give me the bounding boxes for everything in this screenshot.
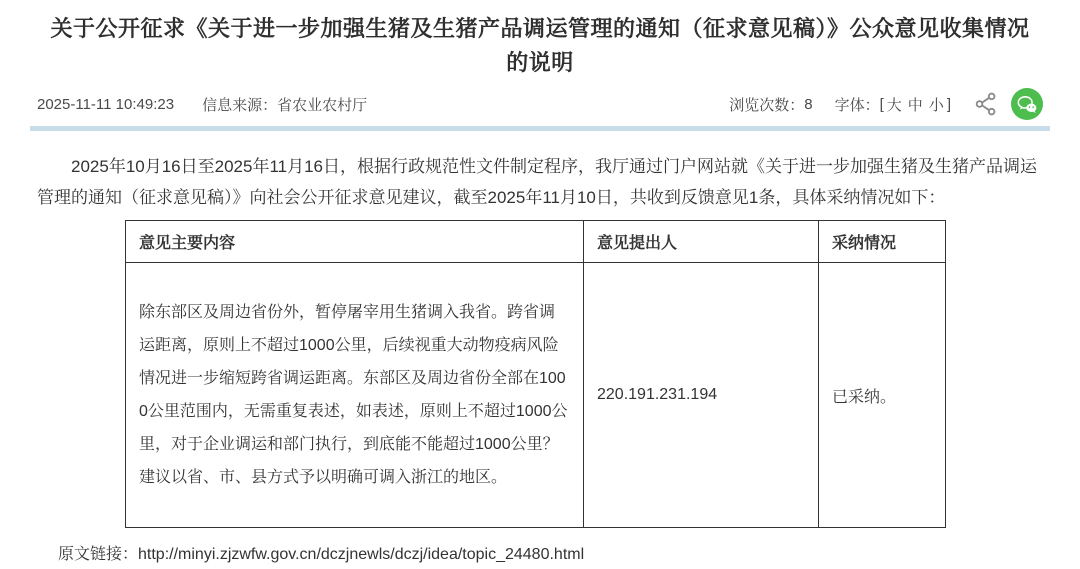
- font-size-large-button[interactable]: 大: [887, 94, 902, 115]
- bracket-close: ]: [947, 96, 951, 113]
- column-header-adoption: 采纳情况: [819, 221, 946, 263]
- action-icons: [973, 88, 1043, 120]
- source-link-url[interactable]: http://minyi.zjzwfw.gov.cn/dczjnewls/dcz…: [138, 546, 584, 563]
- font-size-small-button[interactable]: 小: [929, 94, 944, 115]
- share-icon[interactable]: [973, 91, 999, 117]
- table-row: 除东部区及周边省份外，暂停屠宰用生猪调入我省。跨省调运距离，原则上不超过1000…: [126, 263, 946, 528]
- meta-right: 浏览次数： 8 字体： [ 大 中 小 ]: [729, 88, 1043, 120]
- submitter-cell: 220.191.231.194: [584, 263, 819, 528]
- feedback-table: 意见主要内容 意见提出人 采纳情况 除东部区及周边省份外，暂停屠宰用生猪调入我省…: [125, 220, 946, 528]
- view-count-value: 8: [804, 96, 812, 113]
- info-source: 信息来源：省农业农村厅: [202, 94, 367, 115]
- publish-datetime: 2025-11-11 10:49:23: [37, 96, 174, 113]
- bracket-open: [: [880, 96, 884, 113]
- wechat-icon[interactable]: [1011, 88, 1043, 120]
- meta-bar: 2025-11-11 10:49:23 信息来源：省农业农村厅 浏览次数： 8 …: [37, 88, 1043, 120]
- adoption-cell: 已采纳。: [819, 263, 946, 528]
- section-divider: [30, 126, 1050, 131]
- font-size-medium-button[interactable]: 中: [908, 94, 923, 115]
- page-title: 关于公开征求《关于进一步加强生猪及生猪产品调运管理的通知（征求意见稿）》公众意见…: [37, 0, 1043, 80]
- font-size-label: 字体：: [835, 94, 880, 115]
- source-link-label: 原文链接：: [58, 546, 138, 563]
- font-size-controls: 字体： [ 大 中 小 ]: [835, 94, 951, 115]
- column-header-submitter: 意见提出人: [584, 221, 819, 263]
- intro-paragraph: 2025年10月16日至2025年11月16日，根据行政规范性文件制定程序，我厅…: [37, 151, 1043, 213]
- view-count: 浏览次数： 8: [729, 94, 812, 115]
- column-header-opinion-content: 意见主要内容: [126, 221, 584, 263]
- view-count-label: 浏览次数：: [729, 94, 804, 115]
- source-link-line: 原文链接：http://minyi.zjzwfw.gov.cn/dczjnewl…: [58, 541, 1043, 564]
- opinion-content-cell: 除东部区及周边省份外，暂停屠宰用生猪调入我省。跨省调运距离，原则上不超过1000…: [126, 263, 584, 528]
- article-page: 关于公开征求《关于进一步加强生猪及生猪产品调运管理的通知（征求意见稿）》公众意见…: [0, 0, 1080, 569]
- table-header-row: 意见主要内容 意见提出人 采纳情况: [126, 221, 946, 263]
- meta-left: 2025-11-11 10:49:23 信息来源：省农业农村厅: [37, 94, 367, 115]
